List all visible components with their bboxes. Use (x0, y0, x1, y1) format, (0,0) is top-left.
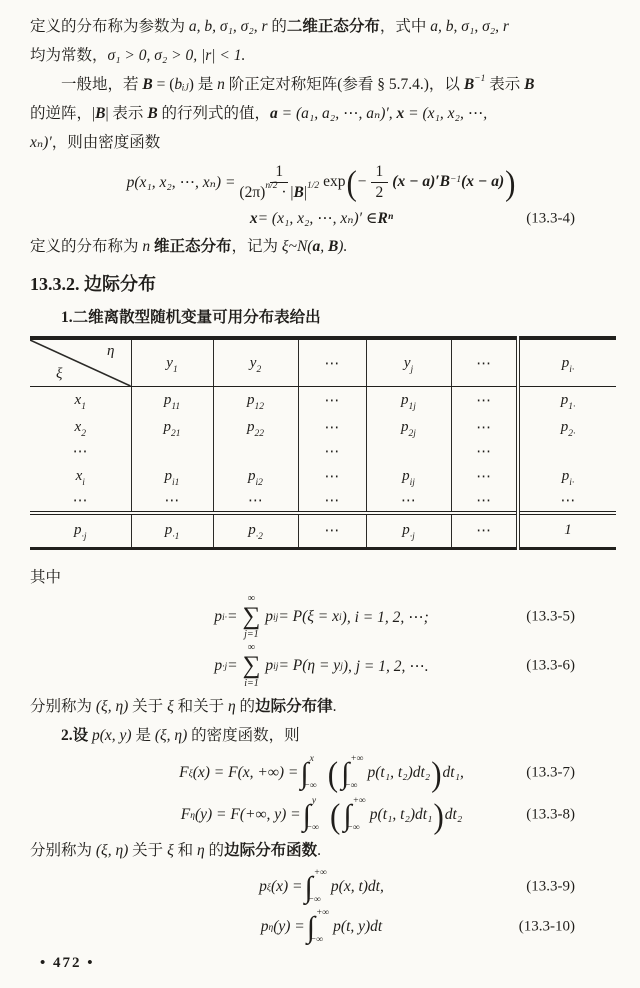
equation-number: (13.3-7) (526, 765, 575, 782)
qizhong-label: 其中 (30, 563, 613, 592)
table-cell: p22 (213, 414, 298, 441)
table-cell: xi (30, 463, 131, 491)
corner-xi-label: ξ (56, 366, 62, 383)
table-row-dots: ⋯ ⋯ ⋯ ⋯ ⋯ ⋯ ⋯ (30, 491, 616, 513)
table-header-cell: pi· (518, 338, 616, 387)
list-item-1: 1.二维离散型随机变量可用分布表给出 (30, 303, 613, 332)
table-cell: p·j (366, 513, 451, 549)
table-cell: ⋯ (30, 491, 131, 513)
big-paren-right: ) (505, 165, 515, 200)
integral-symbol: ∫ +∞−∞ (307, 909, 331, 945)
paragraph2-line-1: 一般地，若 B = (bᵢⱼ) 是 n 阶正定对称矩阵(参看 § 5.7.4.)… (30, 70, 613, 99)
table-cell: p11 (131, 387, 213, 414)
page-number: • 472 • (40, 955, 95, 972)
table-cell: ⋯ (30, 441, 131, 463)
marginal-function-line: 分别称为 (ξ, η) 关于 ξ 和 η 的边际分布函数. (30, 836, 613, 865)
integral-symbol: ∫ +∞−∞ (305, 869, 329, 905)
list-item-2: 2.设 p(x, y) 是 (ξ, η) 的密度函数，则 (30, 721, 613, 750)
corner-eta-label: η (107, 343, 114, 360)
table-cell: ⋯ (451, 513, 518, 549)
big-paren-left: ( (346, 165, 356, 200)
table-cell: p·1 (131, 513, 213, 549)
textbook-page: 定义的分布称为参数为 a, b, σ₁, σ₂, r 的二维正态分布，式中 a,… (0, 0, 640, 988)
diagonal-divider (30, 340, 131, 386)
table-cell: pi2 (213, 463, 298, 491)
equation-13-3-7: Fξ(x) = F(x, +∞) = ∫ x−∞ ( ∫ +∞−∞ p(t₁, … (30, 752, 613, 794)
table-cell: ⋯ (366, 491, 451, 513)
fraction-half: 1 2 (371, 163, 389, 202)
table-cell: pi· (518, 463, 616, 491)
equation-number: (13.3-5) (526, 609, 575, 626)
table-cell: p2· (518, 414, 616, 441)
marginal-law-line: 分别称为 (ξ, η) 关于 ξ 和关于 η 的边际分布律. (30, 692, 613, 721)
table-cell: ⋯ (451, 491, 518, 513)
table-cell: ⋯ (518, 491, 616, 513)
table-cell: ⋯ (298, 414, 366, 441)
table-cell (131, 441, 213, 463)
integral-symbol: ∫ x−∞ (300, 755, 324, 791)
sum-symbol: ∞ ∑ j=1 (242, 594, 260, 640)
table-cell: ⋯ (298, 441, 366, 463)
table-row: xi pi1 pi2 ⋯ pij ⋯ pi· (30, 463, 616, 491)
paragraph2-line-2: 的逆阵，|B| 表示 B 的行列式的值，a = (a₁, a₂, ⋯, aₙ)′… (30, 99, 613, 128)
sum-symbol: ∞ ∑ i=1 (243, 643, 261, 689)
equation-13-3-10: pη(y) = ∫ +∞−∞ p(t, y)dt (13.3-10) (30, 907, 613, 947)
definition-line: 定义的分布称为 n 维正态分布，记为 ξ~N(a, B). (30, 232, 613, 261)
table-cell (518, 441, 616, 463)
table-cell: ⋯ (451, 441, 518, 463)
table-cell: ⋯ (298, 387, 366, 414)
equation-number: (13.3-6) (526, 658, 575, 675)
intro-line-1: 定义的分布称为参数为 a, b, σ₁, σ₂, r 的二维正态分布，式中 a,… (30, 12, 613, 41)
table-cell: 1 (518, 513, 616, 549)
table-cell (366, 441, 451, 463)
equation-13-3-6: p·j = ∞ ∑ i=1 pij = P(η = yj), j = 1, 2,… (30, 642, 613, 690)
fraction: 1 (2π)n/2 · |B|1/2 (239, 163, 319, 202)
equation-13-3-5: pi· = ∞ ∑ j=1 pij = P(ξ = xi), i = 1, 2,… (30, 592, 613, 642)
equation-number: (13.3-8) (526, 807, 575, 824)
big-paren-right: ) (433, 798, 443, 833)
table-cell: ⋯ (451, 414, 518, 441)
equation-13-3-9: pξ(x) = ∫ +∞−∞ p(x, t)dt, (13.3-9) (30, 867, 613, 907)
table-header-cell: ⋯ (451, 338, 518, 387)
table-cell: ⋯ (131, 491, 213, 513)
big-paren-right: ) (431, 756, 441, 791)
equation-number: (13.3-10) (519, 919, 575, 936)
table-row: x2 p21 p22 ⋯ p2j ⋯ p2· (30, 414, 616, 441)
big-paren-left: ( (328, 756, 338, 791)
section-heading: 13.3.2. 边际分布 (30, 272, 613, 296)
equation-13-3-4-domain: x = (x₁, x₂, ⋯, xₙ)′ ∈ Rⁿ (13.3-4) (30, 205, 613, 232)
table-cell: p1· (518, 387, 616, 414)
table-cell: p·2 (213, 513, 298, 549)
table-cell: p·j (30, 513, 131, 549)
integral-symbol: ∫ y−∞ (303, 797, 327, 833)
table-header-cell: ⋯ (298, 338, 366, 387)
table-cell: ⋯ (298, 491, 366, 513)
equation-number: (13.3-9) (526, 879, 575, 896)
intro-line-2: 均为常数，σ₁ > 0, σ₂ > 0, |r| < 1. (30, 41, 613, 70)
table-cell: x1 (30, 387, 131, 414)
table-cell: ⋯ (298, 513, 366, 549)
equation-number: (13.3-4) (526, 210, 575, 227)
table-cell: ⋯ (298, 463, 366, 491)
table-cell (213, 441, 298, 463)
paragraph2-line-3: xₙ)′，则由密度函数 (30, 128, 613, 157)
equation-13-3-4: p(x₁, x₂, ⋯, xₙ) = 1 (2π)n/2 · |B|1/2 ex… (30, 159, 613, 205)
integral-symbol: ∫ +∞−∞ (343, 797, 367, 833)
equation-13-3-8: Fη(y) = F(+∞, y) = ∫ y−∞ ( ∫ +∞−∞ p(t₁, … (30, 794, 613, 836)
table-cell: p12 (213, 387, 298, 414)
table-row: x1 p11 p12 ⋯ p1j ⋯ p1· (30, 387, 616, 414)
table-cell: ⋯ (451, 463, 518, 491)
distribution-table: η ξ y1 y2 ⋯ yj ⋯ pi· x1 p11 p12 ⋯ p1j ⋯ … (30, 336, 616, 550)
table-cell: ⋯ (451, 387, 518, 414)
table-header-cell: yj (366, 338, 451, 387)
table-cell: ⋯ (213, 491, 298, 513)
table-cell: x2 (30, 414, 131, 441)
table-header-row: η ξ y1 y2 ⋯ yj ⋯ pi· (30, 338, 616, 387)
table-marginal-row: p·j p·1 p·2 ⋯ p·j ⋯ 1 (30, 513, 616, 549)
table-cell: pij (366, 463, 451, 491)
table-header-cell: y1 (131, 338, 213, 387)
table-row-dots: ⋯ ⋯ ⋯ (30, 441, 616, 463)
table-cell: p1j (366, 387, 451, 414)
table-cell: p21 (131, 414, 213, 441)
table-cell: pi1 (131, 463, 213, 491)
table-header-cell: y2 (213, 338, 298, 387)
table-corner-cell: η ξ (30, 338, 131, 387)
table-cell: p2j (366, 414, 451, 441)
integral-symbol: ∫ +∞−∞ (341, 755, 365, 791)
big-paren-left: ( (330, 798, 340, 833)
